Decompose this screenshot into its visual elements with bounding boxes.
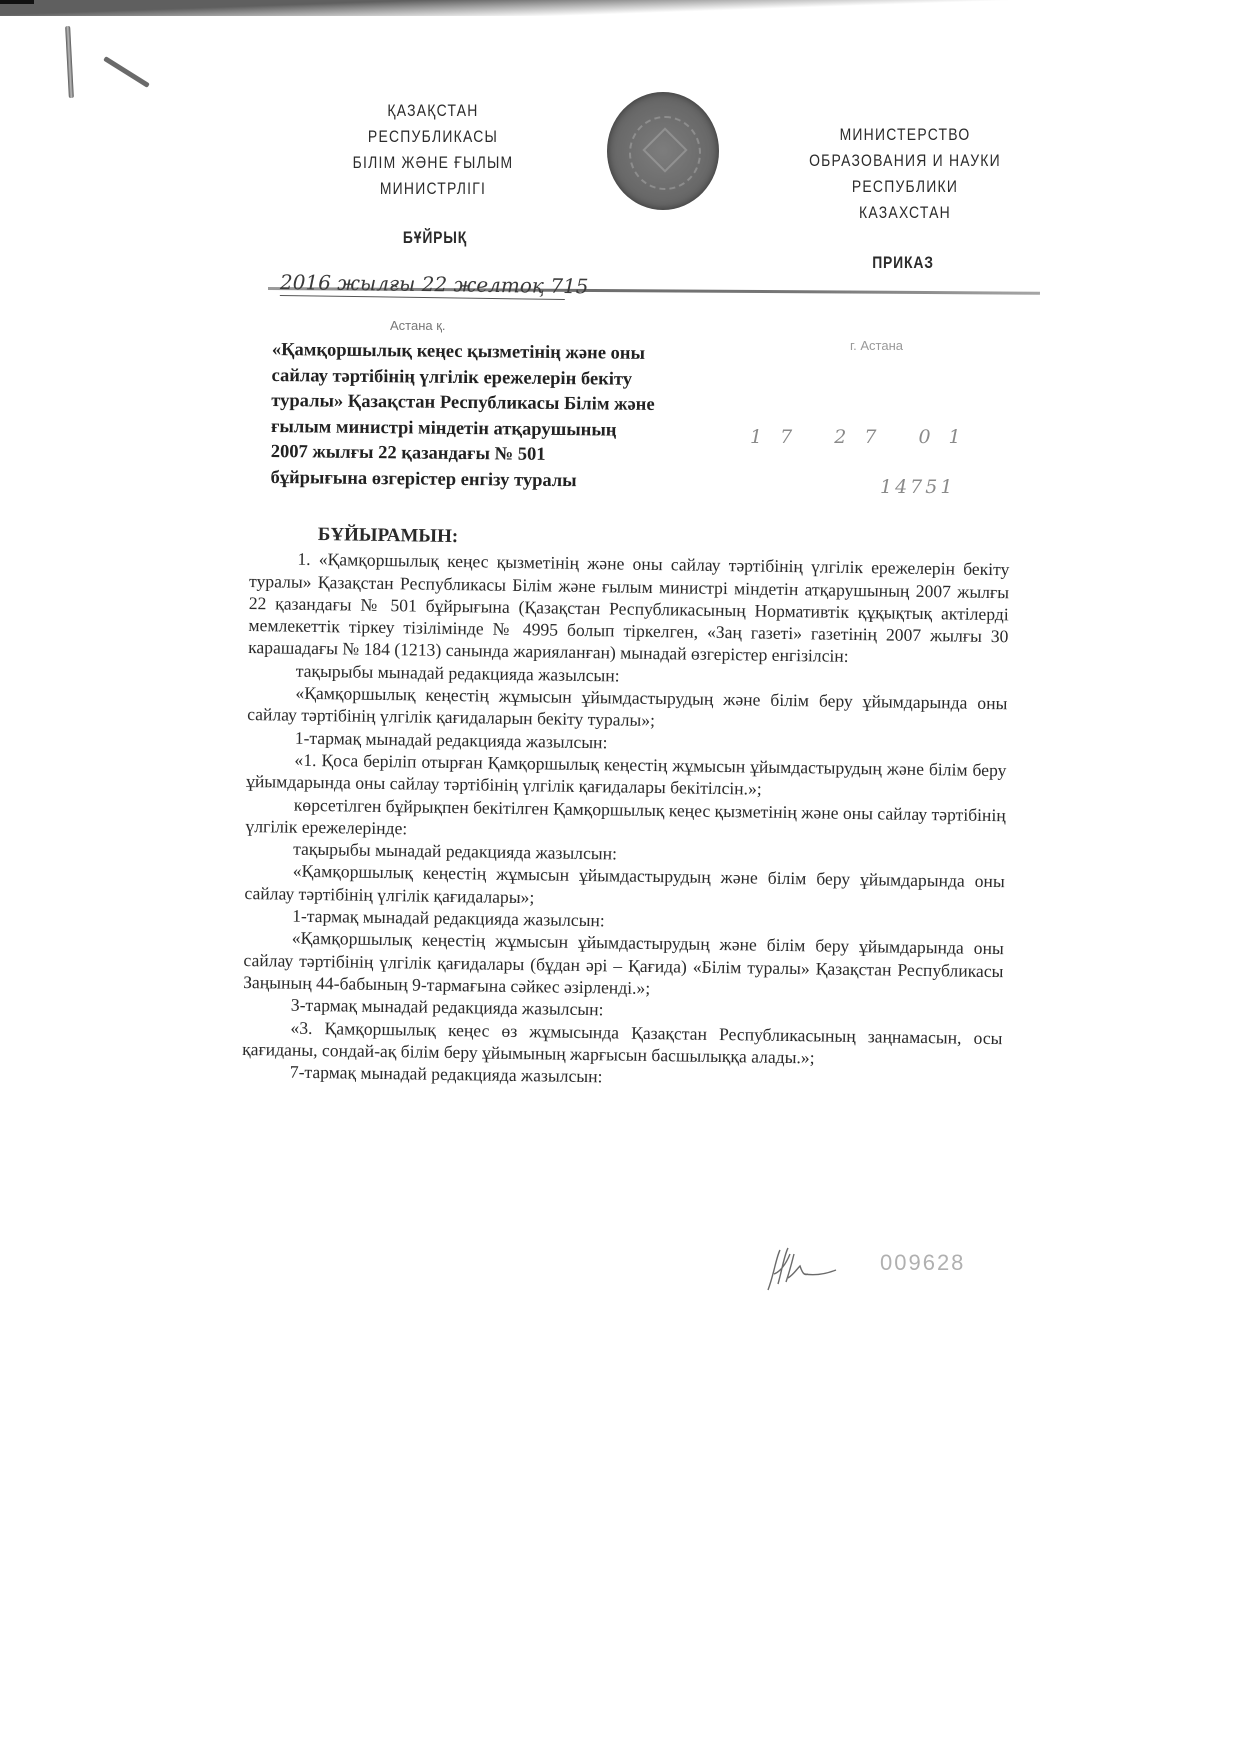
scan-artifact-line	[65, 26, 74, 98]
letterhead-kazakh: ҚАЗАҚСТАН РЕСПУБЛИКАСЫ БІЛІМ ЖӘНЕ ҒЫЛЫМ …	[339, 98, 528, 202]
handwritten-registration-id: 14751	[880, 476, 955, 498]
scan-artifact-line	[103, 56, 150, 88]
scan-top-edge-shadow	[0, 0, 1239, 16]
handwritten-registration-date: 17 27 01	[750, 426, 979, 448]
signature-icon	[760, 1244, 840, 1294]
letterhead-ru-line: РЕСПУБЛИКИ	[794, 174, 1015, 200]
body-paragraph: «Қамқоршылық кеңестің жұмысын ұйымдастыр…	[243, 926, 1004, 1004]
handwritten-date-number: 2016 жылғы 22 желтоқ 715	[280, 270, 565, 300]
title-line: бұйрығына өзгерістер енгізу туралы	[270, 465, 730, 495]
letterhead-kz-line: МИНИСТРЛІГІ	[339, 176, 528, 202]
letterhead-kz-line: РЕСПУБЛИКАСЫ	[339, 124, 528, 150]
reg-number: 17	[750, 426, 810, 448]
order-label-kazakh: БҰЙРЫҚ	[374, 228, 497, 248]
letterhead-ru-line: ОБРАЗОВАНИЯ И НАУКИ	[794, 148, 1015, 174]
reg-number: 27	[834, 426, 894, 448]
letterhead-kz-line: ҚАЗАҚСТАН	[339, 98, 528, 124]
scan-corner-mark	[0, 0, 34, 4]
city-kazakh: Астана қ.	[390, 318, 446, 333]
state-emblem-seal-icon	[607, 92, 719, 210]
order-label-russian: ПРИКАЗ	[850, 253, 957, 273]
document-body: БҰЙЫРАМЫН: 1. «Қамқоршылық кеңес қызметі…	[242, 523, 1010, 1094]
serial-number: 009628	[880, 1250, 965, 1276]
city-russian: г. Астана	[850, 338, 903, 353]
margin-stamp-text	[196, 640, 218, 940]
body-paragraph: 1. «Қамқоршылық кеңес қызметінің және он…	[248, 547, 1010, 670]
letterhead-kz-line: БІЛІМ ЖӘНЕ ҒЫЛЫМ	[339, 150, 528, 176]
letterhead-ru-line: КАЗАХСТАН	[794, 200, 1015, 226]
letterhead-ru-line: МИНИСТЕРСТВО	[794, 122, 1015, 148]
reg-number: 01	[918, 426, 978, 448]
document-title: «Қамқоршылық кеңес қызметінің және оны с…	[270, 338, 732, 496]
letterhead-russian: МИНИСТЕРСТВО ОБРАЗОВАНИЯ И НАУКИ РЕСПУБЛ…	[794, 122, 1015, 226]
